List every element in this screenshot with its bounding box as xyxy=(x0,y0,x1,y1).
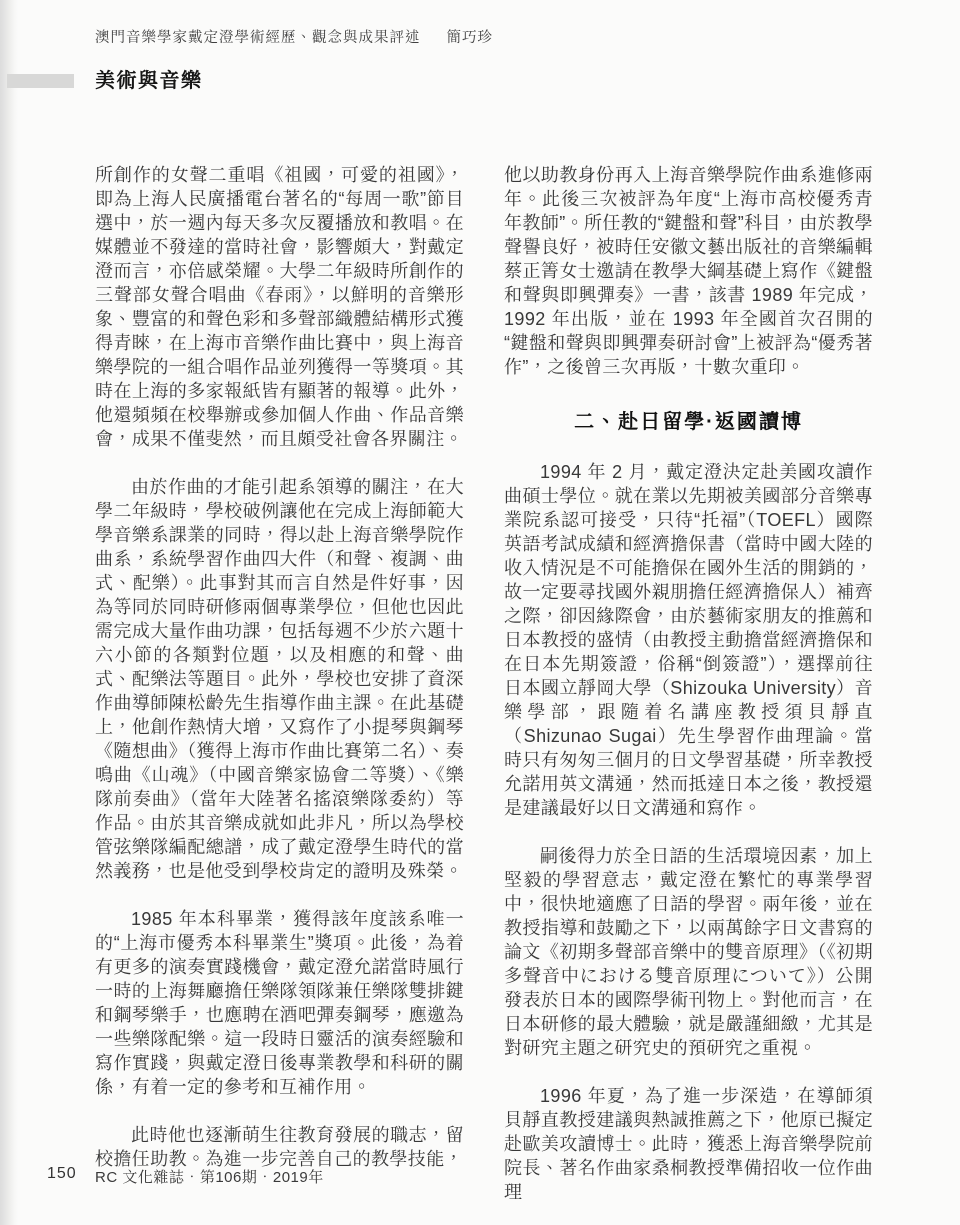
journal-footer: RC 文化雜誌．第106期．2019年 xyxy=(95,1166,324,1187)
magazine-page: 澳門音樂學家戴定澄學術經歷、觀念與成果評述簡巧珍 美術與音樂 所創作的女聲二重唱… xyxy=(0,0,960,1225)
section-title: 美術與音樂 xyxy=(95,64,203,93)
body-paragraph: 1994 年 2 月，戴定澄決定赴美國攻讀作曲碩士學位。就在業以先期被美國部分音… xyxy=(504,460,873,820)
body-paragraph: 1985 年本科畢業，獲得該年度該系唯一的“上海市優秀本科畢業生”獎項。此後，為… xyxy=(95,907,464,1099)
page-number: 150 xyxy=(47,1165,77,1183)
body-paragraph: 由於作曲的才能引起系領導的關注，在大學二年級時，學校破例讓他在完成上海師範大學音… xyxy=(95,475,464,883)
left-column: 所創作的女聲二重唱《祖國，可愛的祖國》，即為上海人民廣播電台著名的“每周一歌”節… xyxy=(95,163,464,1204)
body-paragraph: 所創作的女聲二重唱《祖國，可愛的祖國》，即為上海人民廣播電台著名的“每周一歌”節… xyxy=(95,163,464,451)
body-paragraph: 1996 年夏，為了進一步深造，在導師須貝靜直教授建議與熱誠推薦之下，他原已擬定… xyxy=(504,1084,873,1204)
page-edge-shading xyxy=(0,0,18,1225)
body-paragraph: 他以助教身份再入上海音樂學院作曲系進修兩年。此後三次被評為年度“上海市高校優秀青… xyxy=(504,163,873,379)
body-paragraph: 此時他也逐漸萌生往教育發展的職志，留校擔任助教。為進一步完善自己的教學技能， xyxy=(95,1123,464,1171)
right-column: 他以助教身份再入上海音樂學院作曲系進修兩年。此後三次被評為年度“上海市高校優秀青… xyxy=(504,163,873,1204)
running-head-author: 簡巧珍 xyxy=(447,30,494,46)
section-marker-bar xyxy=(7,74,74,88)
body-paragraph: 嗣後得力於全日語的生活環境因素，加上堅毅的學習意志，戴定澄在繁忙的專業學習中，很… xyxy=(504,844,873,1060)
subsection-heading: 二、赴日留學·返國讀博 xyxy=(504,405,873,434)
running-head: 澳門音樂學家戴定澄學術經歷、觀念與成果評述簡巧珍 xyxy=(95,26,493,47)
running-head-title: 澳門音樂學家戴定澄學術經歷、觀念與成果評述 xyxy=(95,30,421,46)
article-body: 所創作的女聲二重唱《祖國，可愛的祖國》，即為上海人民廣播電台著名的“每周一歌”節… xyxy=(95,163,873,1204)
